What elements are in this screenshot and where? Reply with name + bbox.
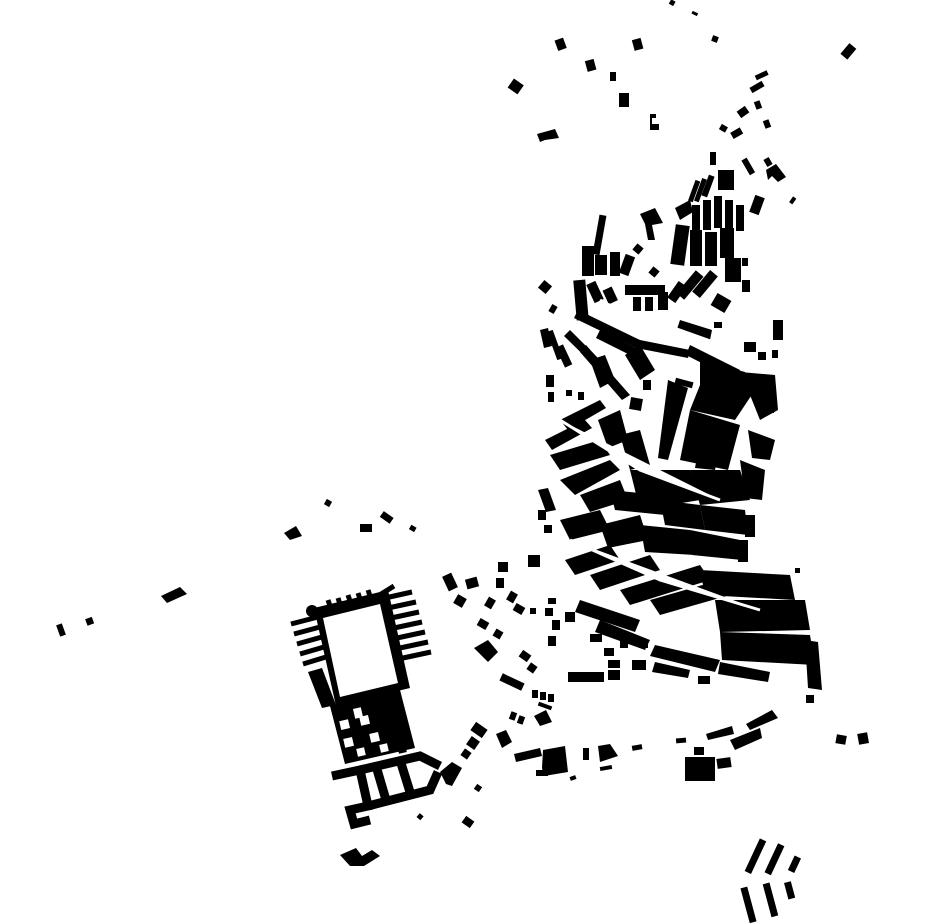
terraced-blocks-southeast — [740, 838, 801, 923]
scattered-buildings-north — [508, 0, 857, 204]
old-town-dense-core — [528, 152, 822, 703]
building-footprints — [0, 0, 930, 924]
monastery-complex — [291, 586, 440, 824]
